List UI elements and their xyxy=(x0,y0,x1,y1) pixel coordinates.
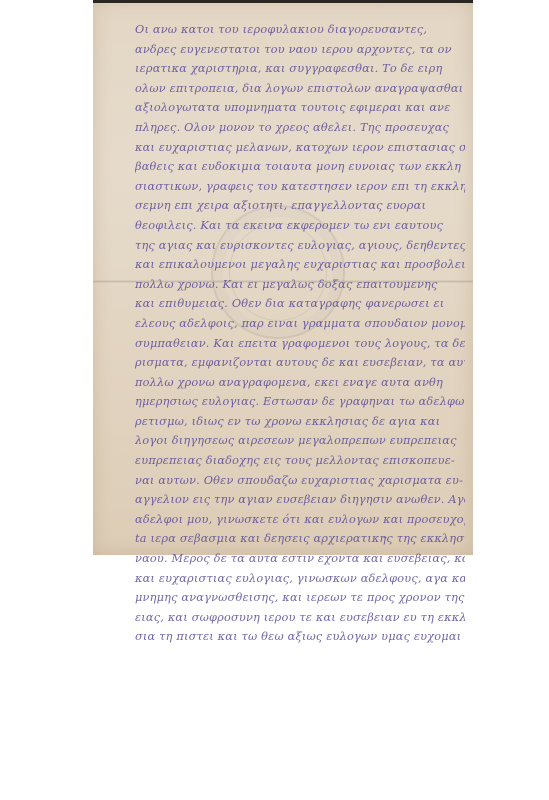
text-line: ολων επιτροπεια, δια λογων επιστολων ανα… xyxy=(135,79,465,99)
text-line: της αγιας και ευρισκοντες ευλογιας, αγιο… xyxy=(135,236,465,256)
text-line: αγγελιον εις την αγιαν ευσεβειαν διηγησι… xyxy=(135,490,465,510)
text-line: ta ιερα σεβασμια και δεησεις αρχιερατικη… xyxy=(135,529,465,549)
text-line: ρισματα, εμφανιζονται αυτους δε και ευσε… xyxy=(135,353,465,373)
text-line: πολλω χρονω αναγραφομενα, εκει εναγε αυτ… xyxy=(135,373,465,393)
text-line: πληρες. Ολον μονον το χρεος αθελει. Της … xyxy=(135,118,465,138)
text-line: σια τη πιστει και τω θεω αξιως ευλογων υ… xyxy=(135,627,465,647)
text-line: σιαστικων, γραφεις του κατεστησεν ιερον … xyxy=(135,177,465,197)
text-line: ναι αυτων. Οθεν σπουδαζω ευχαριστιας χαρ… xyxy=(135,471,465,491)
text-line: ευπρεπειας διαδοχης εις τους μελλοντας ε… xyxy=(135,451,465,471)
text-line: ανδρες ευγενεστατοι του ναου ιερου αρχον… xyxy=(135,40,465,60)
text-line: βαθεις και ευδοκιμια τοιαυτα μονη ευνοια… xyxy=(135,157,465,177)
text-line: πολλω χρονω. Και ει μεγαλως δοξας επαιτο… xyxy=(135,275,465,295)
text-line: Οι ανω κατοι του ιεροφυλακιου διαγορευσα… xyxy=(135,20,465,40)
text-line: αξιολογωτατα υπομνηματα τουτοις εφιμεραι… xyxy=(135,98,465,118)
text-line: και επικαλουμενοι μεγαλης ευχαριστιας κα… xyxy=(135,255,465,275)
text-line: και ευχαριστιας μελανων, κατοχων ιερον ε… xyxy=(135,138,465,158)
letter-page: Οι ανω κατοι του ιεροφυλακιου διαγορευσα… xyxy=(93,0,473,555)
text-line: και επιθυμειας. Οθεν δια καταγραφης φανε… xyxy=(135,294,465,314)
text-line: ναου. Μερος δε τα αυτα εστιν εχοντα και … xyxy=(135,549,465,569)
text-line: ειας, και σωφροσυνη ιερου τε και ευσεβει… xyxy=(135,608,465,628)
text-line: θεοφιλεις. Και τα εκεινα εκφερομεν τω εν… xyxy=(135,216,465,236)
text-line: αδελφοι μου, γινωσκετε ότι και ευλογων κ… xyxy=(135,510,465,530)
text-line: και ευχαριστιας ευλογιας, γινωσκων αδελφ… xyxy=(135,569,465,589)
handwritten-text: Οι ανω κατοι του ιεροφυλακιου διαγορευσα… xyxy=(135,20,465,647)
text-line: ημερησιως ευλογιας. Εστωσαν δε γραφηναι … xyxy=(135,392,465,412)
text-line: ιερατικα χαριστηρια, και συγγραφεσθαι. Τ… xyxy=(135,59,465,79)
text-line: σεμνη επι χειρα αξιοτητι, επαγγελλοντας … xyxy=(135,196,465,216)
text-line: ρετισμω, ιδιως εν τω χρονω εκκλησιας δε … xyxy=(135,412,465,432)
text-line: ελεους αδελφοις, παρ ειναι γραμματα σπου… xyxy=(135,314,465,334)
text-line: μνημης αναγνωσθεισης, και ιερεων τε προς… xyxy=(135,588,465,608)
closing-mark: – xyxy=(383,533,387,542)
scan-edge-strip xyxy=(93,0,473,3)
text-line: συμπαθειαν. Και επειτα γραφομενοι τους λ… xyxy=(135,334,465,354)
text-line: λογοι διηγησεως αιρεσεων μεγαλοπρεπων ευ… xyxy=(135,431,465,451)
